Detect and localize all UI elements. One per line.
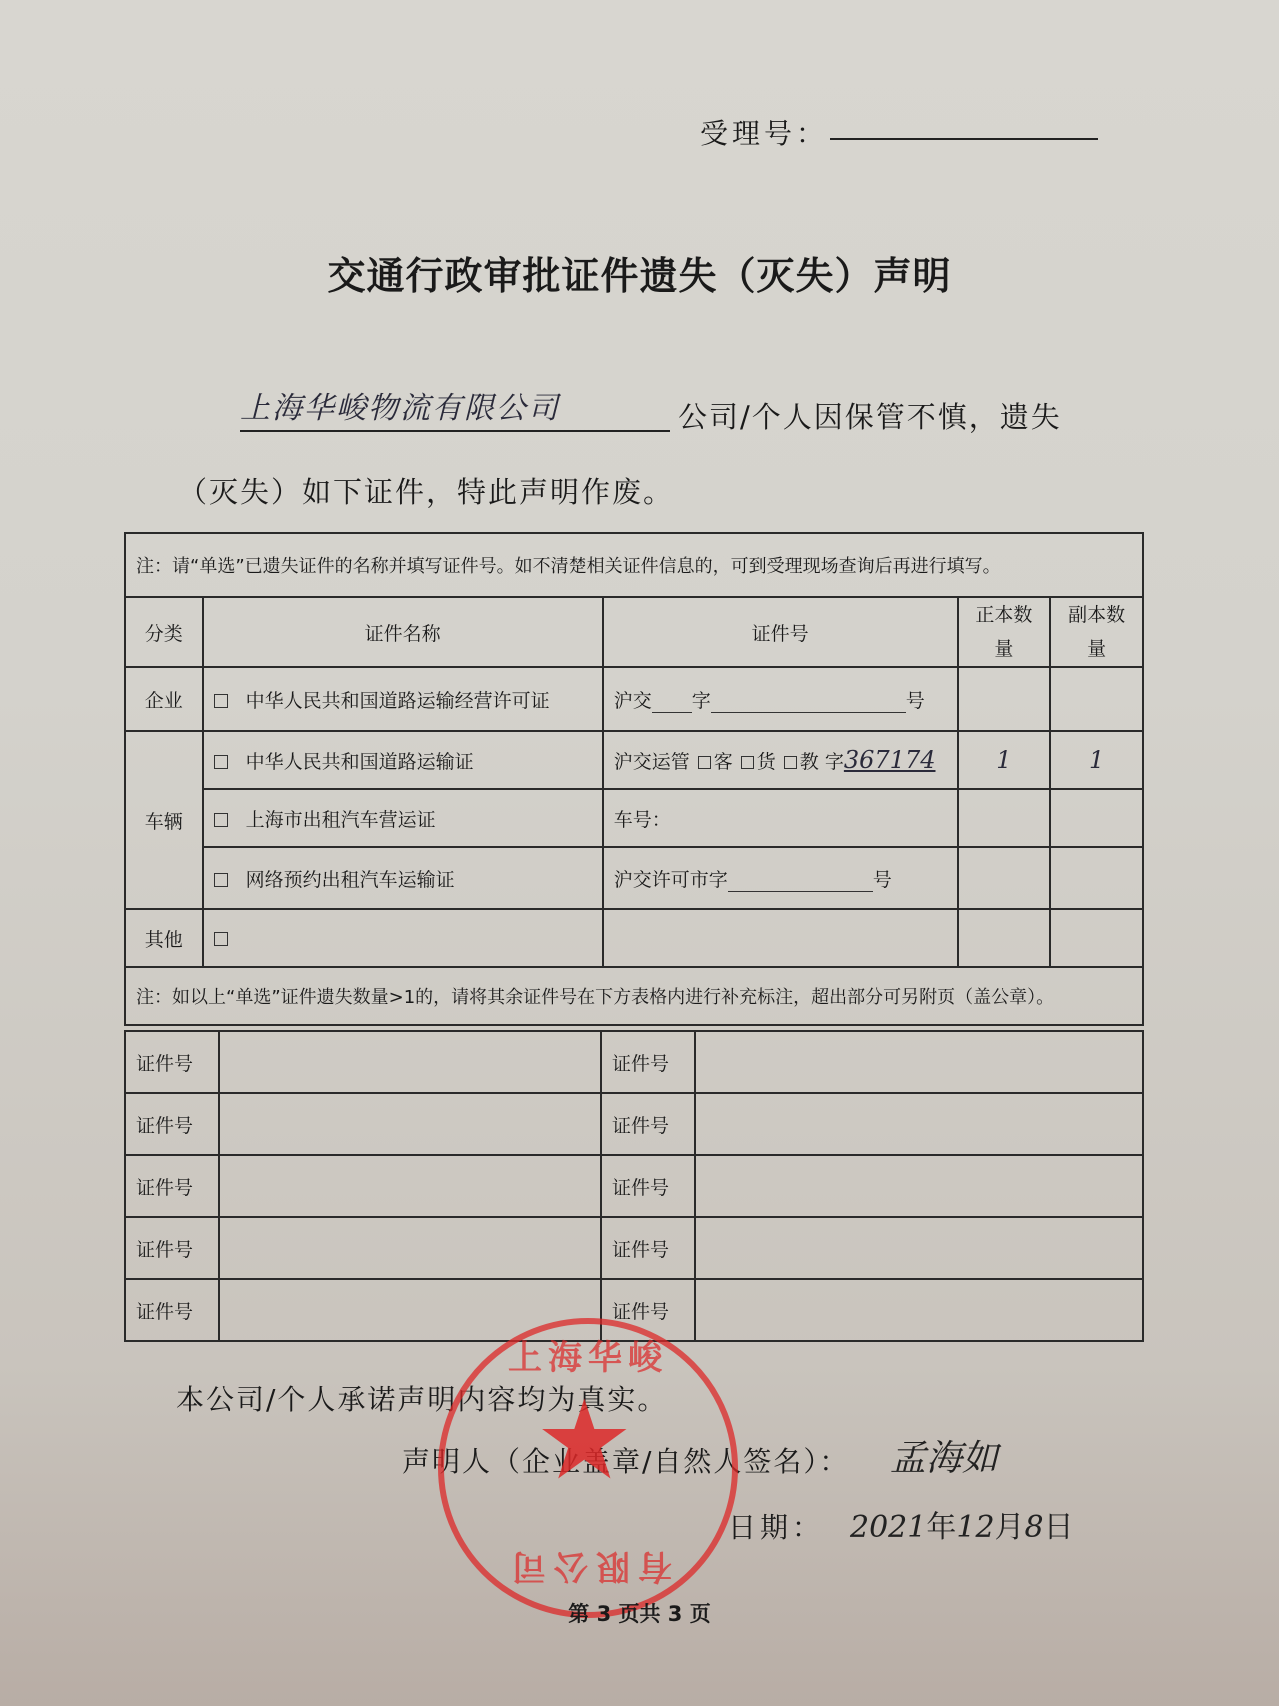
cert-no-field[interactable] [219,1155,601,1217]
cert-no-field[interactable] [695,1155,1143,1217]
row-name-cell: 上海市出租汽车营运证 [203,789,603,847]
table-row: 网络预约出租汽车运输证 沪交许可市字号 [125,847,1143,909]
cert-no-field[interactable] [219,1031,601,1093]
row-name-cell [203,909,603,967]
header-name: 证件名称 [203,597,603,667]
opt-label: 客 [714,751,733,773]
row-name: 中华人民共和国道路运输证 [246,751,474,773]
row-category: 企业 [125,667,203,731]
table-row: 车辆 中华人民共和国道路运输证 沪交运管客货教 字367174 1 1 [125,731,1143,789]
cert-no-label: 证件号 [601,1155,695,1217]
day-char: 日 [1044,1510,1074,1545]
blank-field[interactable] [652,694,692,713]
original-count[interactable] [958,667,1051,731]
row-name-cell: 中华人民共和国道路运输经营许可证 [203,667,603,731]
opt-label: 货 [757,751,776,773]
cert-no-field[interactable] [219,1217,601,1279]
table-row: 企业 中华人民共和国道路运输经营许可证 沪交字号 [125,667,1143,731]
supplement-table: 证件号 证件号 证件号 证件号 证件号 证件号 证件号 证件号 证件号 证件号 [124,1030,1144,1342]
acceptance-no-label: 受理号： [700,112,828,152]
date-year: 2021 [850,1510,926,1545]
seal-star-icon: ★ [535,1385,634,1495]
number-mid: 字 [825,751,844,773]
original-count[interactable]: 1 [958,731,1051,789]
row-name-cell: 中华人民共和国道路运输证 [203,731,603,789]
cert-no-field[interactable] [695,1093,1143,1155]
cert-no-label: 证件号 [125,1217,219,1279]
checkbox[interactable] [214,813,228,827]
date-month: 12 [956,1510,994,1545]
row-category: 其他 [125,909,203,967]
company-name-handwritten[interactable]: 上海华峻物流有限公司 [240,388,670,432]
checkbox-training[interactable] [784,756,797,769]
checkbox[interactable] [214,932,228,946]
number-mid: 字 [692,690,711,712]
cert-no-label: 证件号 [601,1217,695,1279]
cert-no-label: 证件号 [125,1093,219,1155]
blank-field[interactable] [728,873,873,892]
row-number-cell[interactable]: 车号： [603,789,958,847]
number-value-handwritten[interactable]: 367174 [844,746,936,774]
table-row: 其他 [125,909,1143,967]
row-name: 网络预约出租汽车运输证 [246,869,455,891]
date-day: 8 [1025,1510,1044,1545]
checkbox[interactable] [214,873,228,887]
cert-no-field[interactable] [695,1217,1143,1279]
number-suffix: 号 [906,690,925,712]
checkbox-passenger[interactable] [698,756,711,769]
row-name: 上海市出租汽车营运证 [246,809,436,831]
copy-count[interactable] [1050,667,1143,731]
intro-line2: （灭失）如下证件，特此声明作废。 [178,470,674,511]
row-name: 中华人民共和国道路运输经营许可证 [246,690,550,712]
intro-line1: 公司/个人因保管不慎，遗失 [678,395,1062,436]
original-count[interactable] [958,847,1051,909]
supplement-row: 证件号 证件号 [125,1155,1143,1217]
date-label: 日期： [728,1506,824,1546]
header-number: 证件号 [603,597,958,667]
acceptance-no-field[interactable] [830,138,1098,140]
cert-no-label: 证件号 [601,1093,695,1155]
cert-no-label: 证件号 [601,1031,695,1093]
row-category: 车辆 [125,731,203,909]
table-note-bottom: 注：如以上“单选”证件遗失数量>1的，请将其余证件号在下方表格内进行补充标注，超… [125,967,1143,1025]
row-number-cell[interactable]: 沪交运管客货教 字367174 [603,731,958,789]
year-char: 年 [926,1510,956,1545]
copy-count[interactable]: 1 [1050,731,1143,789]
checkbox[interactable] [214,755,228,769]
copy-count[interactable] [1050,847,1143,909]
number-prefix: 沪交 [614,690,652,712]
number-prefix: 沪交许可市字 [614,869,728,891]
checkbox-cargo[interactable] [741,756,754,769]
document-title: 交通行政审批证件遗失（灭失）声明 [0,245,1279,300]
table-row: 上海市出租汽车营运证 车号： [125,789,1143,847]
number-prefix: 沪交运管 [614,751,690,773]
row-number-cell[interactable]: 沪交字号 [603,667,958,731]
cert-no-label: 证件号 [125,1031,219,1093]
row-name-cell: 网络预约出租汽车运输证 [203,847,603,909]
certificate-table: 注：请“单选”已遗失证件的名称并填写证件号。如不清楚相关证件信息的，可到受理现场… [124,532,1144,1026]
row-number-cell[interactable]: 沪交许可市字号 [603,847,958,909]
header-copy: 副本数量 [1050,597,1143,667]
month-char: 月 [995,1510,1025,1545]
cert-no-field[interactable] [695,1279,1143,1341]
cert-no-label: 证件号 [125,1155,219,1217]
blank-field[interactable] [711,694,906,713]
header-original: 正本数量 [958,597,1051,667]
number-prefix: 车号： [614,809,671,831]
number-suffix: 号 [873,869,892,891]
seal-top-text: 上海华峻 [468,1330,708,1379]
header-category: 分类 [125,597,203,667]
checkbox[interactable] [214,694,228,708]
cert-no-field[interactable] [219,1093,601,1155]
original-count[interactable] [958,909,1051,967]
supplement-row: 证件号 证件号 [125,1031,1143,1093]
cert-no-label: 证件号 [125,1279,219,1341]
original-count[interactable] [958,789,1051,847]
page-number: 第 3 页共 3 页 [0,1598,1279,1628]
date-handwritten[interactable]: 2021年12月8日 [850,1502,1074,1546]
copy-count[interactable] [1050,909,1143,967]
seal-bottom-text: 有限公司 [468,1545,708,1594]
copy-count[interactable] [1050,789,1143,847]
cert-no-field[interactable] [695,1031,1143,1093]
signature-handwritten[interactable]: 孟海如 [890,1430,998,1481]
supplement-row: 证件号 证件号 [125,1217,1143,1279]
supplement-row: 证件号 证件号 [125,1093,1143,1155]
table-note-top: 注：请“单选”已遗失证件的名称并填写证件号。如不清楚相关证件信息的，可到受理现场… [125,533,1143,597]
opt-label: 教 [800,751,819,773]
row-number-cell[interactable] [603,909,958,967]
